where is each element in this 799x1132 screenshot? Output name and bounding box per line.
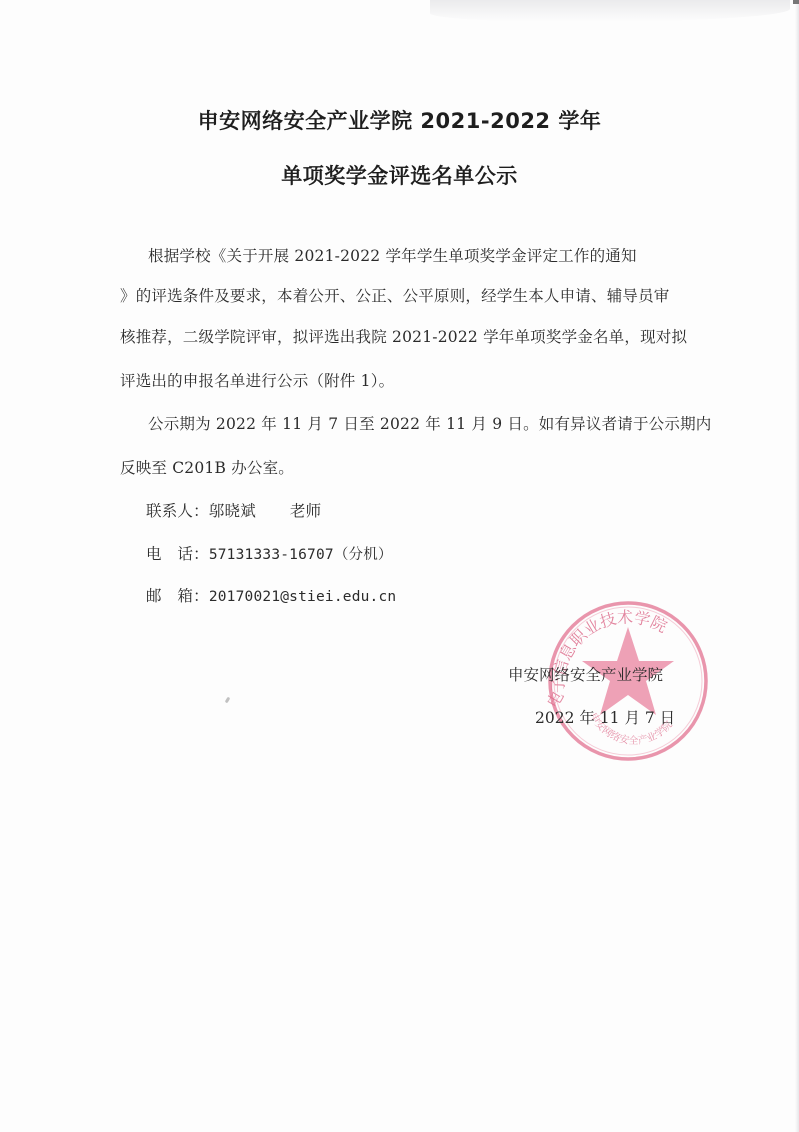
contact-email-row: 邮 箱：20170021@stiei.edu.cn	[146, 584, 396, 606]
contact-phone-label: 电 话：	[146, 542, 209, 564]
paragraph-1-line-2: 》的评选条件及要求，本着公开、公正、公平原则，经学生本人申请、辅导员审	[120, 284, 670, 306]
document-title-line-1: 申安网络安全产业学院 2021-2022 学年	[0, 105, 799, 135]
signoff-date: 2022 年 11 月 7 日	[535, 706, 675, 728]
contact-phone-value: 57131333-16707（分机）	[209, 547, 393, 563]
scan-corner-mark	[793, 0, 799, 4]
paragraph-1-line-3: 核推荐，二级学院评审，拟评选出我院 2021-2022 学年单项奖学金名单，现对…	[120, 325, 687, 347]
paragraph-1-line-4: 评选出的申报名单进行公示（附件 1）。	[120, 369, 394, 391]
contact-person-label: 联系人：	[146, 499, 209, 521]
contact-person-title: 老师	[290, 502, 321, 520]
signoff-organization: 申安网络安全产业学院	[508, 663, 663, 685]
contact-phone-row: 电 话：57131333-16707（分机）	[146, 542, 393, 564]
paragraph-2-line-1: 公示期为 2022 年 11 月 7 日至 2022 年 11 月 9 日。如有…	[148, 412, 712, 434]
document-page: 申安网络安全产业学院 2021-2022 学年 单项奖学金评选名单公示 根据学校…	[0, 0, 799, 1132]
contact-person-name: 邬晓斌	[209, 502, 256, 520]
scan-speck	[225, 697, 231, 704]
paragraph-1-line-1: 根据学校《关于开展 2021-2022 学年学生单项奖学金评定工作的通知	[148, 244, 637, 266]
contact-person-row: 联系人：邬晓斌老师	[146, 499, 321, 521]
document-title-line-2: 单项奖学金评选名单公示	[0, 160, 799, 190]
scan-shadow	[430, 0, 790, 22]
contact-email-value: 20170021@stiei.edu.cn	[209, 589, 397, 605]
contact-email-label: 邮 箱：	[146, 584, 209, 606]
paragraph-2-line-2: 反映至 C201B 办公室。	[120, 456, 294, 478]
